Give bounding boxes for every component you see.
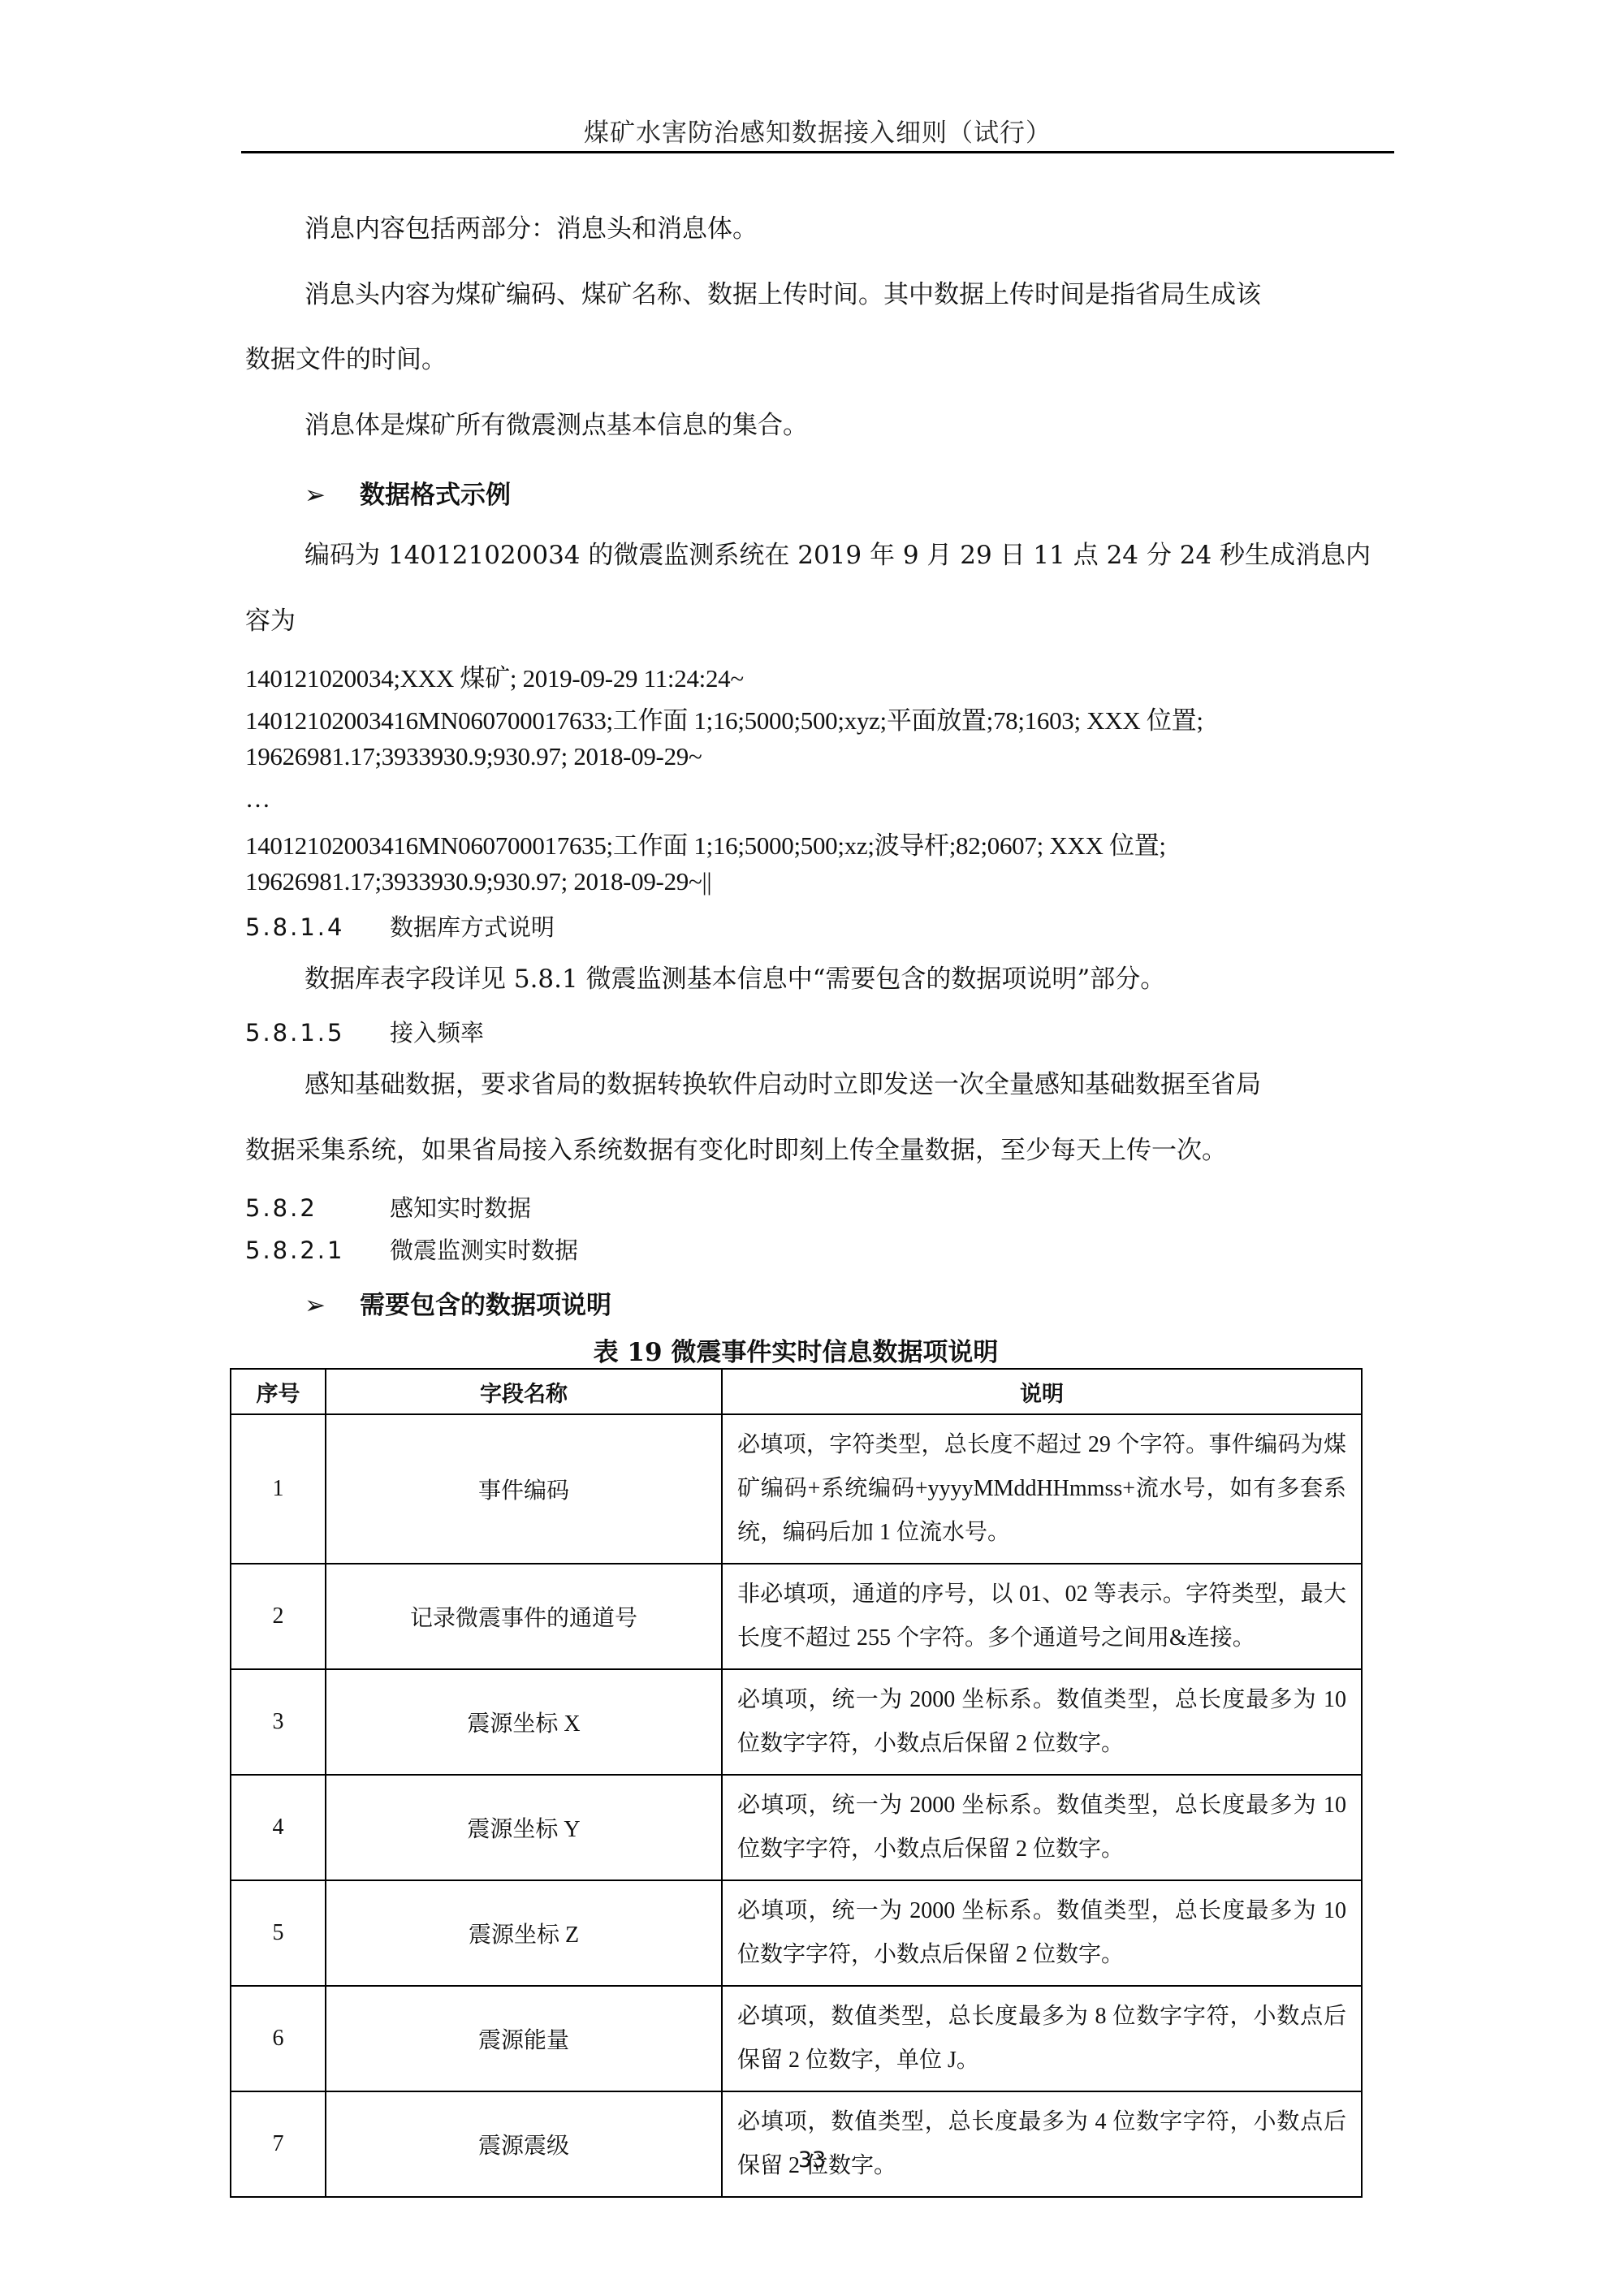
section-number: 5.8.2.1 xyxy=(245,1236,390,1264)
bullet-heading-data-items: ➢需要包含的数据项说明 xyxy=(304,1284,611,1321)
code-line: 140121020034;XXX 煤矿; 2019-09-29 11:24:24… xyxy=(245,658,744,694)
section-title: 接入频率 xyxy=(390,1019,484,1047)
paragraph-message-parts: 消息内容包括两部分：消息头和消息体。 xyxy=(304,213,758,245)
section-title: 数据库方式说明 xyxy=(390,913,555,941)
bullet-heading-format-example: ➢数据格式示例 xyxy=(304,474,511,511)
section-number: 5.8.1.4 xyxy=(245,913,390,941)
cell-description: 必填项，统一为 2000 坐标系。数值类型，总长度最多为 10 位数字字符，小数… xyxy=(722,1669,1362,1775)
column-header-field-name: 字段名称 xyxy=(326,1369,722,1414)
code-line: 14012102003416MN060700017633;工作面 1;16;50… xyxy=(245,700,1203,736)
page-number: 33 xyxy=(0,2147,1624,2173)
paragraph-message-body: 消息体是煤矿所有微震测点基本信息的集合。 xyxy=(304,409,808,442)
code-line: 14012102003416MN060700017635;工作面 1;16;50… xyxy=(245,825,1166,861)
code-line: 19626981.17;3933930.9;930.97; 2018-09-29… xyxy=(245,742,702,771)
cell-no: 4 xyxy=(231,1775,326,1880)
bullet-label: 需要包含的数据项说明 xyxy=(360,1291,611,1320)
cell-field-name: 震源能量 xyxy=(326,1986,722,2091)
cell-field-name: 震源震级 xyxy=(326,2091,722,2197)
column-header-no: 序号 xyxy=(231,1369,326,1414)
header-rule xyxy=(241,151,1394,153)
code-line: 19626981.17;3933930.9;930.97; 2018-09-29… xyxy=(245,867,711,896)
code-line-ellipsis: … xyxy=(245,784,270,814)
table-row: 3 震源坐标 X 必填项，统一为 2000 坐标系。数值类型，总长度最多为 10… xyxy=(231,1669,1362,1775)
cell-no: 2 xyxy=(231,1564,326,1669)
paragraph-database-fields: 数据库表字段详见 5.8.1 微震监测基本信息中“需要包含的数据项说明”部分。 xyxy=(304,963,1165,995)
section-heading-5-8-1-5: 5.8.1.5接入频率 xyxy=(245,1015,484,1048)
cell-description: 必填项，数值类型，总长度最多为 8 位数字字符，小数点后保留 2 位数字，单位 … xyxy=(722,1986,1362,2091)
running-header-title: 煤矿水害防治感知数据接入细则（试行） xyxy=(241,112,1394,149)
cell-description: 必填项，统一为 2000 坐标系。数值类型，总长度最多为 10 位数字字符，小数… xyxy=(722,1880,1362,1986)
cell-field-name: 震源坐标 Y xyxy=(326,1775,722,1880)
paragraph-example-intro-line1: 编码为 140121020034 的微震监测系统在 2019 年 9 月 29 … xyxy=(304,539,1371,572)
table-row: 5 震源坐标 Z 必填项，统一为 2000 坐标系。数值类型，总长度最多为 10… xyxy=(231,1880,1362,1986)
section-title: 感知实时数据 xyxy=(390,1194,531,1222)
arrowhead-bullet-icon: ➢ xyxy=(304,481,360,510)
cell-no: 6 xyxy=(231,1986,326,2091)
table-row: 2 记录微震事件的通道号 非必填项，通道的序号，以 01、02 等表示。字符类型… xyxy=(231,1564,1362,1669)
section-number: 5.8.1.5 xyxy=(245,1019,390,1047)
section-title: 微震监测实时数据 xyxy=(390,1236,578,1264)
cell-description: 非必填项，通道的序号，以 01、02 等表示。字符类型，最大长度不超过 255 … xyxy=(722,1564,1362,1669)
section-heading-5-8-2: 5.8.2感知实时数据 xyxy=(245,1190,531,1224)
cell-no: 5 xyxy=(231,1880,326,1986)
column-header-description: 说明 xyxy=(722,1369,1362,1414)
arrowhead-bullet-icon: ➢ xyxy=(304,1291,360,1320)
section-number: 5.8.2 xyxy=(245,1194,390,1222)
data-items-table: 序号 字段名称 说明 1 事件编码 必填项，字符类型，总长度不超过 29 个字符… xyxy=(230,1368,1363,2198)
paragraph-message-header-line2: 数据文件的时间。 xyxy=(245,343,447,376)
cell-description: 必填项，统一为 2000 坐标系。数值类型，总长度最多为 10 位数字字符，小数… xyxy=(722,1775,1362,1880)
cell-no: 1 xyxy=(231,1414,326,1564)
cell-no: 7 xyxy=(231,2091,326,2197)
paragraph-frequency-line2: 数据采集系统，如果省局接入系统数据有变化时即刻上传全量数据，至少每天上传一次。 xyxy=(245,1134,1227,1167)
paragraph-message-header-line1: 消息头内容为煤矿编码、煤矿名称、数据上传时间。其中数据上传时间是指省局生成该 xyxy=(304,278,1261,311)
table-caption: 表 19 微震事件实时信息数据项说明 xyxy=(230,1331,1362,1368)
table-row: 6 震源能量 必填项，数值类型，总长度最多为 8 位数字字符，小数点后保留 2 … xyxy=(231,1986,1362,2091)
cell-description: 必填项，字符类型，总长度不超过 29 个字符。事件编码为煤矿编码+系统编码+yy… xyxy=(722,1414,1362,1564)
paragraph-frequency-line1: 感知基础数据，要求省局的数据转换软件启动时立即发送一次全量感知基础数据至省局 xyxy=(304,1068,1261,1101)
cell-field-name: 震源坐标 X xyxy=(326,1669,722,1775)
cell-no: 3 xyxy=(231,1669,326,1775)
cell-field-name: 震源坐标 Z xyxy=(326,1880,722,1986)
table-row: 1 事件编码 必填项，字符类型，总长度不超过 29 个字符。事件编码为煤矿编码+… xyxy=(231,1414,1362,1564)
table-row: 7 震源震级 必填项，数值类型，总长度最多为 4 位数字字符，小数点后保留 2 … xyxy=(231,2091,1362,2197)
section-heading-5-8-2-1: 5.8.2.1微震监测实时数据 xyxy=(245,1232,578,1266)
cell-field-name: 事件编码 xyxy=(326,1414,722,1564)
table-row: 4 震源坐标 Y 必填项，统一为 2000 坐标系。数值类型，总长度最多为 10… xyxy=(231,1775,1362,1880)
paragraph-example-intro-line2: 容为 xyxy=(245,605,296,637)
cell-description: 必填项，数值类型，总长度最多为 4 位数字字符，小数点后保留 2 位数字。 xyxy=(722,2091,1362,2197)
cell-field-name: 记录微震事件的通道号 xyxy=(326,1564,722,1669)
table-header-row: 序号 字段名称 说明 xyxy=(231,1369,1362,1414)
section-heading-5-8-1-4: 5.8.1.4数据库方式说明 xyxy=(245,909,555,943)
bullet-label: 数据格式示例 xyxy=(360,481,511,510)
